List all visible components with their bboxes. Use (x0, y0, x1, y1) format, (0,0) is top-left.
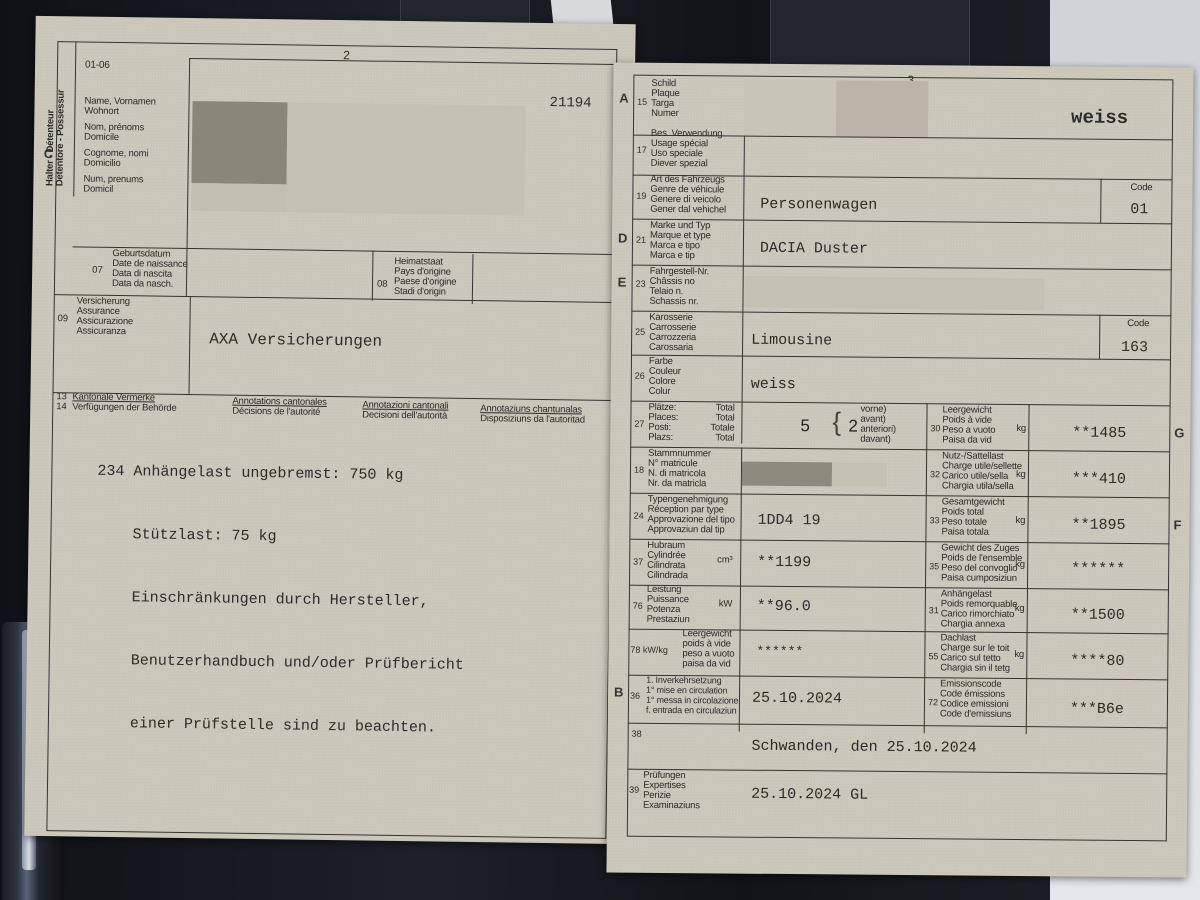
train-weight-labels: Gewicht des ZugesPoids de l'ensemblePeso… (941, 543, 1022, 584)
plate-labels: SchildPlaqueTargaNumer (651, 79, 680, 119)
empty-weight-labels: LeergewichtPoids à videPeso a vuotoPaisa… (942, 405, 995, 445)
annotations-numbers: 13 14 (56, 392, 66, 412)
power-weight-labels: Leergewichtpoids à videpeso a vuotopaisa… (682, 629, 734, 669)
registration-page-3: 3 A 15 SchildPlaqueTargaNumer weiss 17 B… (606, 62, 1193, 877)
edge-letter-e: E (618, 275, 627, 290)
seats-front-labels: vorne)avant)anteriori)davant) (860, 405, 896, 445)
displacement-value: **1199 (757, 554, 811, 571)
annotation-header-fr: Annotations cantonales Décisions de l'au… (232, 397, 327, 418)
matriculation-labels: StammnummerN° matriculeN. di matricolaNr… (648, 449, 711, 490)
total-weight-value: **1895 (1071, 516, 1125, 533)
place-date-value: Schwanden, den 25.10.2024 (752, 738, 977, 757)
field-number-07: 07 (92, 265, 103, 276)
train-weight-value: ****** (1071, 560, 1125, 577)
roof-load-labels: DachlastCharge sur le toitCarico sul tet… (940, 633, 1010, 674)
seats-front-value: 2 (848, 417, 858, 437)
chassis-labels: Fahrgestell-Nr.Châssis noTelaio n.Schass… (649, 267, 709, 308)
annotations-text: 234 Anhängelast ungebremst: 750 kg Stütz… (93, 419, 467, 781)
redacted-holder-address (286, 102, 526, 215)
trailer-load-value: **1500 (1071, 606, 1125, 623)
redacted-plate-number (744, 80, 836, 137)
seats-total-labels: TotalTotalTotaleTotal (710, 403, 735, 443)
redacted-holder-name (191, 101, 287, 184)
holder-side-label: Halter - Détenteur Detentore - Possessur (45, 46, 67, 186)
redacted-matriculation (742, 462, 832, 487)
edge-letter-b: B (614, 685, 624, 700)
edge-letter-a: A (619, 91, 629, 106)
field-number-08: 08 (377, 279, 388, 290)
first-registration-labels: 1. Inverkehrsetzung1° mise en circulatio… (646, 675, 739, 716)
annotation-header-it: Annotazioni cantonali Decisioni dell'aut… (362, 400, 448, 421)
roof-load-value: ****80 (1070, 652, 1124, 669)
edge-letter-g: G (1174, 425, 1184, 440)
power-value: **96.0 (757, 598, 811, 615)
emission-code-labels: EmissionscodeCode émissionsCodice emissi… (940, 679, 1012, 720)
emission-code-value: ***B6e (1070, 700, 1124, 717)
insurance-labels: Versicherung Assurance Assicurazione Ass… (76, 296, 133, 337)
inspections-value: 25.10.2024 GL (751, 786, 868, 804)
holder-labels: Name, VornamenWohnort Nom, prénomsDomici… (83, 97, 156, 196)
empty-weight-value: **1485 (1072, 425, 1126, 442)
insurance-value: AXA Versicherungen (209, 330, 382, 350)
seats-total-value: 5 (800, 416, 810, 436)
make-model-value: DACIA Duster (760, 240, 868, 258)
holder-range-label: 01-06 (85, 61, 110, 71)
payload-value: ***410 (1072, 471, 1126, 488)
vehicle-type-value: Personenwagen (760, 196, 877, 214)
body-value: Limousine (751, 332, 832, 350)
annotation-header-rm: Annotaziuns chantunalas Disposiziuns da … (480, 404, 585, 425)
make-model-labels: Marke und TypMarque et typeMarca e tipoM… (650, 221, 711, 262)
color-value: weiss (751, 376, 796, 393)
payload-labels: Nutz-/SattellastCharge utile/selletteCar… (942, 451, 1022, 492)
seats-labels: Plätze:Places:Posti:Plazs: (648, 403, 678, 443)
special-use-labels: Bes. VerwendungUsage spécialUso speciale… (651, 129, 723, 170)
edge-letter-f: F (1173, 517, 1181, 532)
color-labels: FarbeCouleurColoreColur (649, 357, 681, 397)
registration-page-2: 2 C Halter - Détenteur Detentore - Posse… (24, 16, 635, 844)
home-country-labels: Heimatstaat Pays d'origine Paese d'origi… (394, 257, 457, 298)
power-labels: LeistungPuissancePotenzaPrestaziun (647, 585, 690, 625)
reference-number: 21194 (549, 95, 591, 112)
field-number-09: 09 (57, 313, 68, 324)
type-approval-labels: TypengenehmigungRéception par typeApprov… (647, 495, 735, 536)
redacted-chassis-number (744, 276, 1044, 311)
edge-letter-d: D (618, 231, 628, 246)
displacement-labels: HubraumCylindréeCilindrataCilindrada (647, 541, 688, 581)
vehicle-type-labels: Art des FahrzeugsGenre de véhiculeGenere… (650, 175, 726, 216)
annotation-header-de: Kantonale Vermerke Verfügungen der Behör… (72, 392, 176, 413)
vehicle-type-code: 01 (1130, 201, 1148, 218)
body-labels: KarosserieCarrosserieCarrozzeriaCarossar… (649, 313, 696, 353)
plate-color: weiss (1071, 106, 1128, 128)
type-approval-value: 1DD4 19 (757, 512, 820, 530)
birth-date-labels: Geburtsdatum Date de naissance Data di n… (112, 249, 188, 290)
first-registration-value: 25.10.2024 (752, 690, 842, 708)
power-weight-value: ****** (756, 644, 803, 659)
body-code: 163 (1121, 339, 1148, 356)
inspections-labels: PrüfungenExpertisesPerizieExaminaziuns (643, 771, 700, 811)
trailer-load-labels: AnhängelastPoids remorquableCarico rimor… (941, 589, 1018, 630)
total-weight-labels: GesamtgewichtPoids totalPeso totalePaisa… (941, 497, 1004, 538)
